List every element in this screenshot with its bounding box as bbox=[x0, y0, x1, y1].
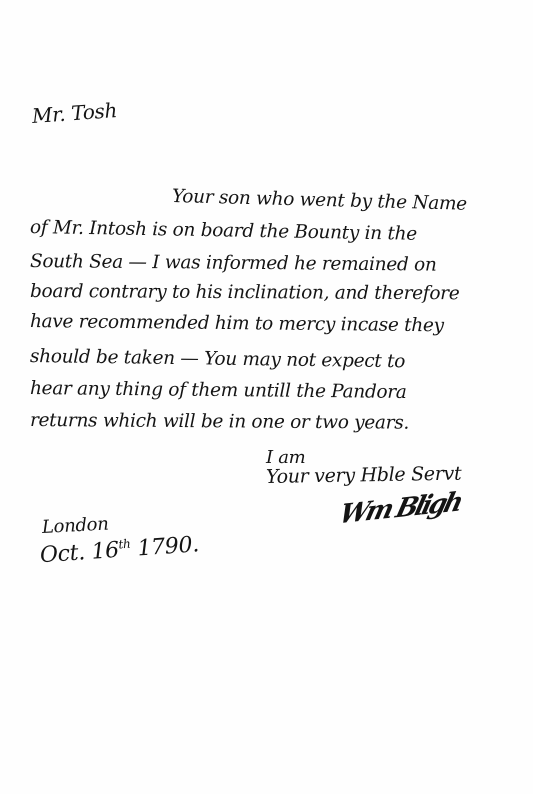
date-prefix: Oct. 16 bbox=[39, 538, 120, 568]
date-year: 1790. bbox=[137, 532, 200, 561]
salutation: Mr. Tosh bbox=[31, 98, 118, 128]
letter-page: Mr. Tosh Your son who went by the Name o… bbox=[0, 0, 533, 794]
body-line: Your son who went by the Name bbox=[172, 186, 467, 215]
place-line: London bbox=[41, 514, 109, 538]
body-line: South Sea — I was informed he remained o… bbox=[30, 251, 437, 276]
body-line: board contrary to his inclination, and t… bbox=[30, 281, 460, 304]
signature: Wm Bligh bbox=[336, 487, 464, 531]
body-line: should be taken — You may not expect to bbox=[30, 346, 405, 372]
body-line: have recommended him to mercy incase the… bbox=[30, 311, 444, 336]
body-line: of Mr. Intosh is on board the Bounty in … bbox=[30, 217, 417, 245]
closing-line: Your very Hble Servt bbox=[266, 463, 462, 488]
date-ordinal: th bbox=[118, 537, 131, 552]
body-line: returns which will be in one or two year… bbox=[30, 410, 409, 434]
body-line: hear any thing of them untill the Pandor… bbox=[30, 378, 407, 403]
date-line: Oct. 16th 1790. bbox=[39, 532, 200, 568]
